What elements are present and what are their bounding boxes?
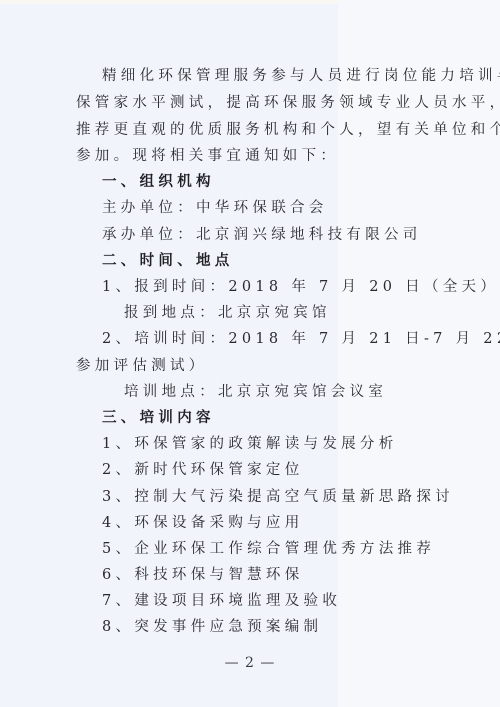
intro-line: 参加。现将相关事宜通知如下： [76, 147, 339, 165]
organizer-unit: 承办单位：北京润兴绿地科技有限公司 [102, 226, 422, 244]
intro-line: 推荐更直观的优质服务机构和个人，望有关单位和个人积极 [76, 121, 500, 139]
training-item: 7、建设项目环境监理及验收 [102, 592, 341, 610]
section-heading: 三、培训内容 [102, 409, 215, 427]
intro-line: 精细化环保管理服务参与人员进行岗位能力培训与环 [102, 67, 500, 85]
document-page: 精细化环保管理服务参与人员进行岗位能力培训与环 保管家水平测试，提高环保服务领域… [0, 0, 500, 707]
training-place: 培训地点：北京京宛宾馆会议室 [124, 383, 387, 401]
intro-line: 保管家水平测试，提高环保服务领域专业人员水平，为甲方 [76, 94, 500, 112]
training-time-continued: 参加评估测试） [76, 357, 208, 375]
training-item: 4、环保设备采购与应用 [102, 514, 304, 532]
training-time: 2、培训时间：2018 年 7 月 21 日-7 月 22 日（22 日下午 [102, 330, 500, 348]
training-item: 6、科技环保与智慧环保 [102, 566, 304, 584]
page-number: — 2 — [0, 655, 500, 671]
training-item: 3、控制大气污染提高空气质量新思路探讨 [102, 488, 454, 506]
training-item: 8、突发事件应急预案编制 [102, 618, 322, 636]
training-item: 1、环保管家的政策解读与发展分析 [102, 435, 398, 453]
training-item: 5、企业环保工作综合管理优秀方法推荐 [102, 540, 435, 558]
registration-time: 1、报到时间：2018 年 7 月 20 日（全天） [102, 278, 499, 296]
registration-place: 报到地点：北京京宛宾馆 [124, 304, 331, 322]
training-item: 2、新时代环保管家定位 [102, 461, 304, 479]
host-unit: 主办单位：中华环保联合会 [102, 199, 328, 217]
section-heading: 一、组织机构 [102, 173, 215, 191]
section-heading: 二、时间、地点 [102, 252, 234, 270]
